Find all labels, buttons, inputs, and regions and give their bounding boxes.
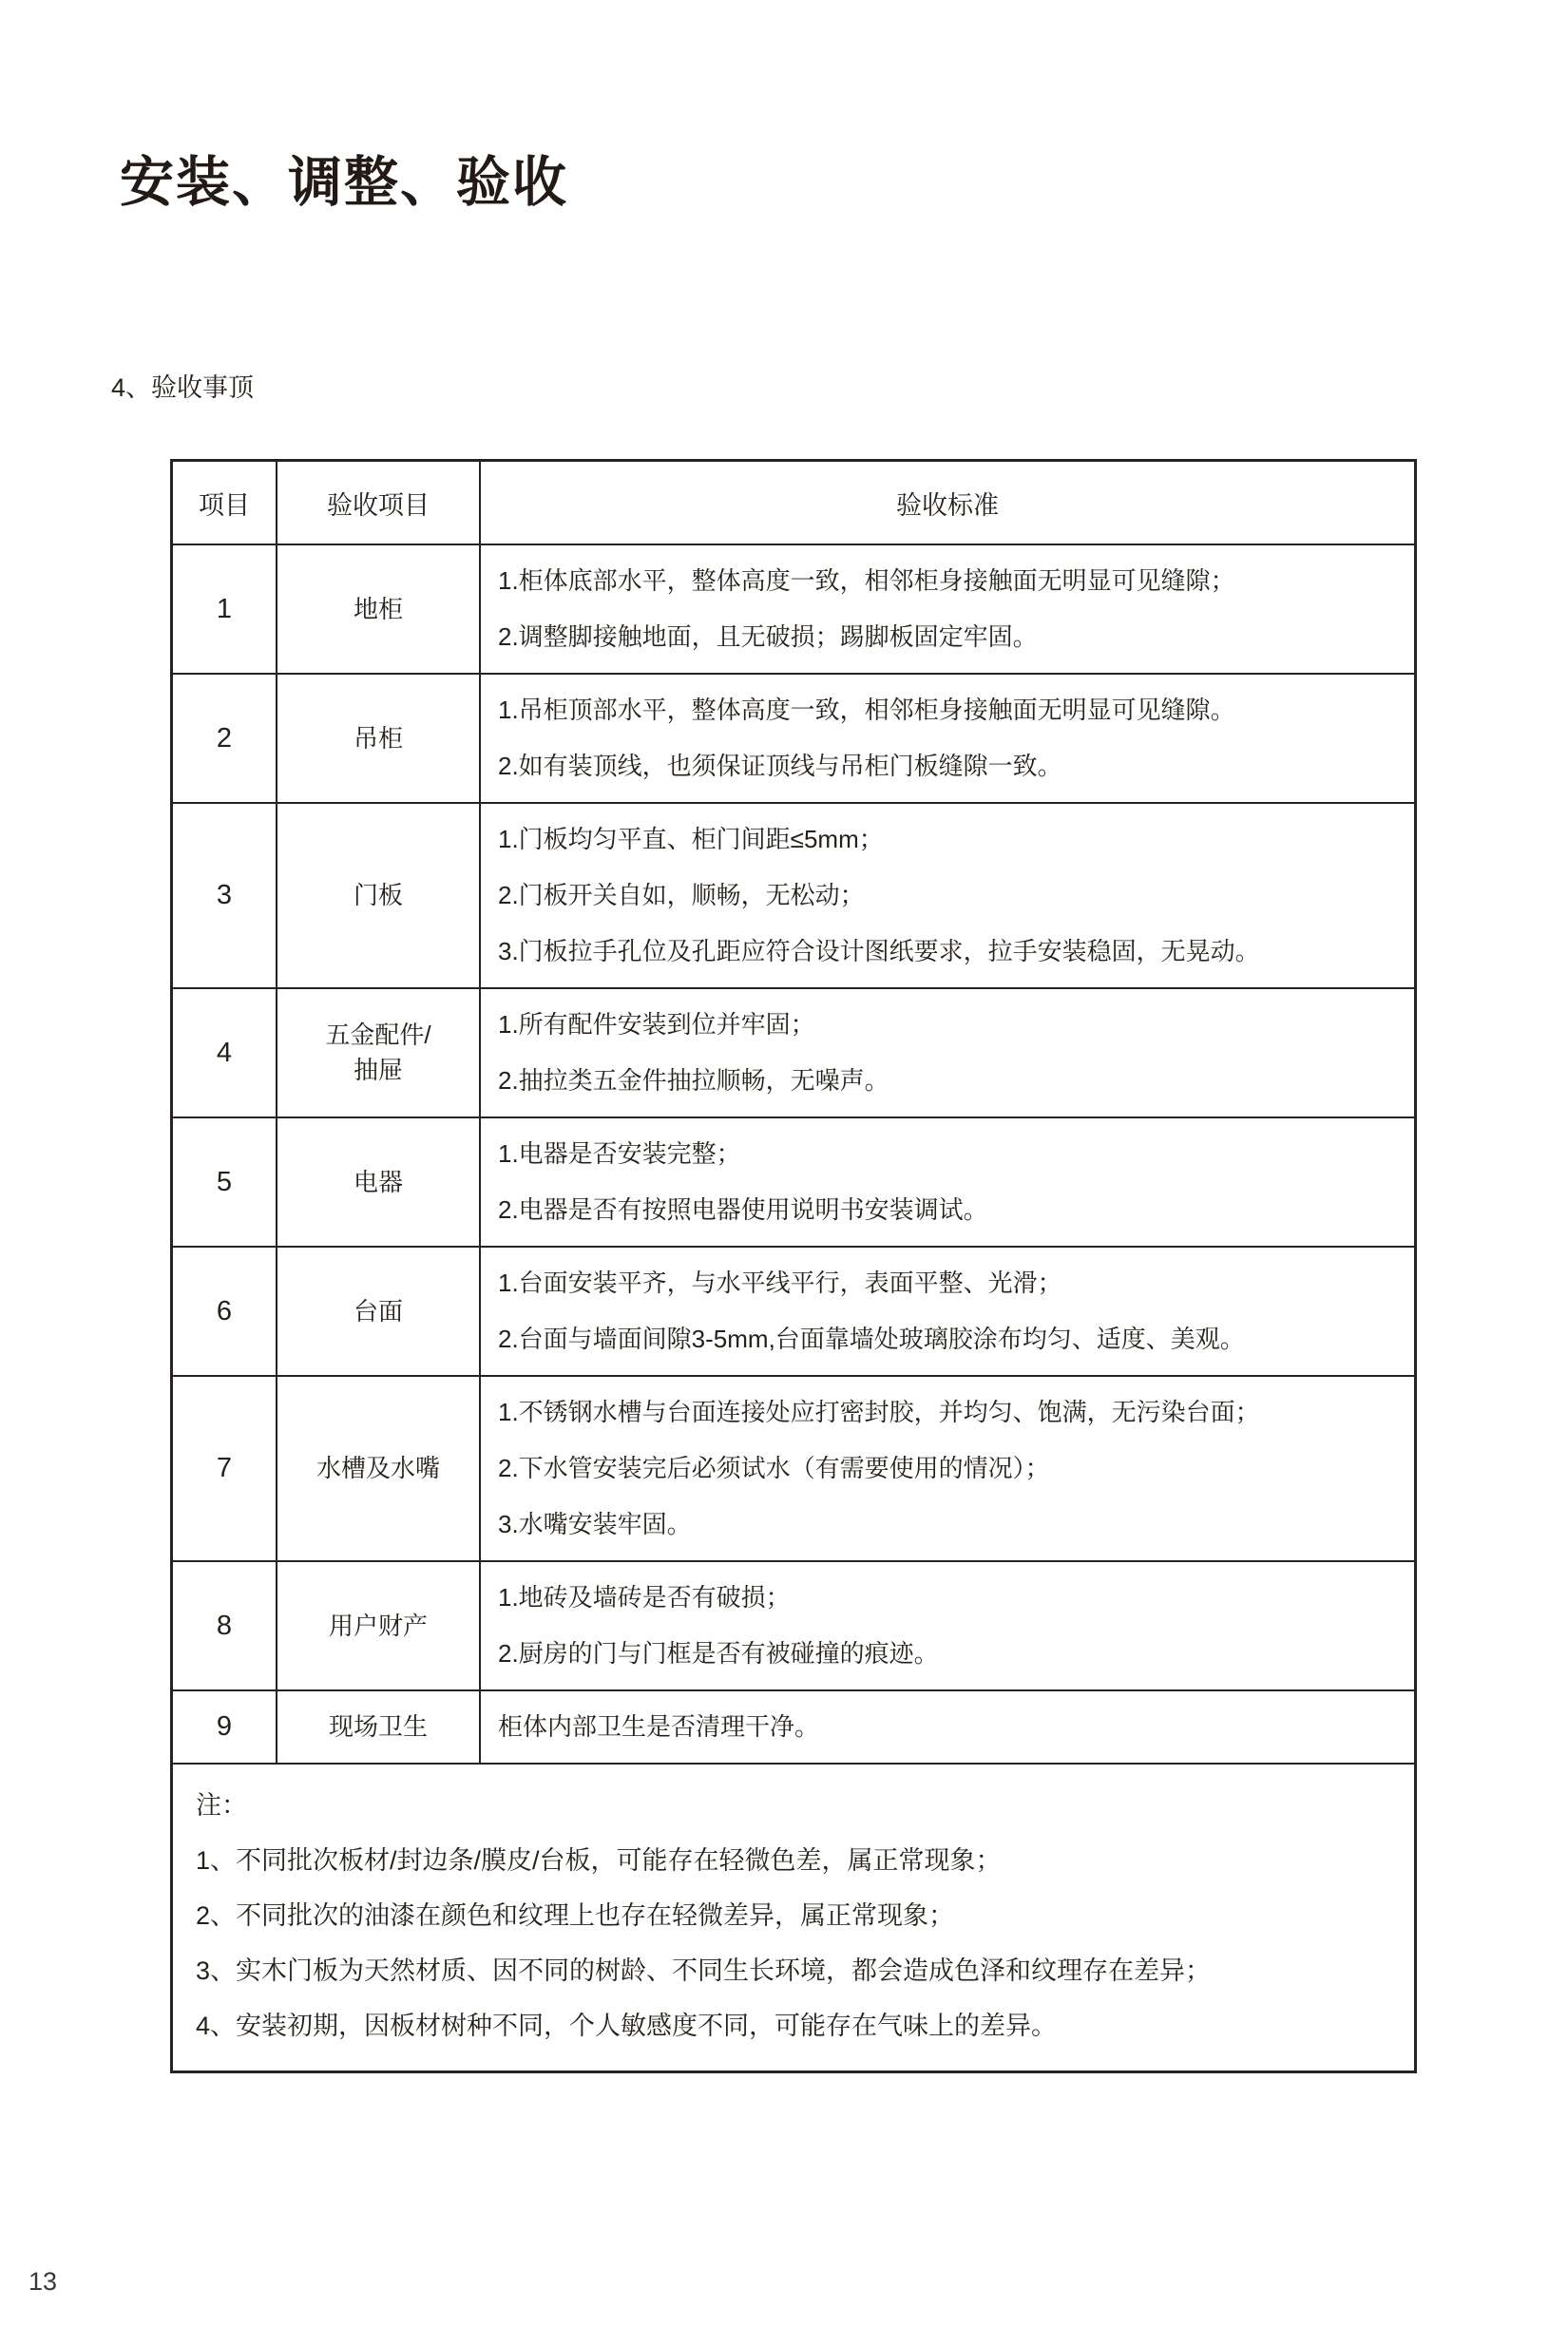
criteria-cell: 柜体内部卫生是否清理干净。 <box>479 1691 1414 1763</box>
criteria-cell: 1.所有配件安装到位并牢固；2.抽拉类五金件抽拉顺畅，无噪声。 <box>479 989 1414 1116</box>
table-row: 7水槽及水嘴1.不锈钢水槽与台面连接处应打密封胶，并均匀、饱满，无污染台面；2.… <box>173 1375 1414 1560</box>
item-name-cell: 用户财产 <box>276 1562 479 1689</box>
row-number-cell: 1 <box>173 545 276 673</box>
criteria-line: 2.调整脚接触地面，且无破损；踢脚板固定牢固。 <box>498 609 1038 665</box>
criteria-line: 2.下水管安装完后必须试水（有需要使用的情况）； <box>498 1441 1050 1497</box>
criteria-line: 1.电器是否安装完整； <box>498 1126 741 1182</box>
document-page: 安装、调整、验收 4、验收事顶 项目 验收项目 验收标准 1地柜1.柜体底部水平… <box>0 0 1568 2328</box>
row-number-cell: 6 <box>173 1248 276 1375</box>
table-row: 4五金配件/抽屉1.所有配件安装到位并牢固；2.抽拉类五金件抽拉顺畅，无噪声。 <box>173 987 1414 1116</box>
note-line: 4、安装初期，因板材树种不同，个人敏感度不同，可能存在气味上的差异。 <box>196 1998 1395 2053</box>
item-name-line: 吊柜 <box>354 721 403 756</box>
criteria-line: 2.如有装顶线，也须保证顶线与吊柜门板缝隙一致。 <box>498 738 1062 794</box>
criteria-cell: 1.吊柜顶部水平，整体高度一致，相邻柜身接触面无明显可见缝隙。2.如有装顶线，也… <box>479 675 1414 802</box>
item-name-line: 地柜 <box>354 592 403 627</box>
criteria-cell: 1.不锈钢水槽与台面连接处应打密封胶，并均匀、饱满，无污染台面；2.下水管安装完… <box>479 1377 1414 1560</box>
table-row: 1地柜1.柜体底部水平，整体高度一致，相邻柜身接触面无明显可见缝隙；2.调整脚接… <box>173 544 1414 673</box>
criteria-line: 1.所有配件安装到位并牢固； <box>498 997 815 1053</box>
table-row: 5电器1.电器是否安装完整；2.电器是否有按照电器使用说明书安装调试。 <box>173 1116 1414 1246</box>
row-number-cell: 5 <box>173 1118 276 1246</box>
row-number-cell: 4 <box>173 989 276 1116</box>
criteria-line: 2.台面与墙面间隙3-5mm,台面靠墙处玻璃胶涂布均匀、适度、美观。 <box>498 1311 1245 1367</box>
item-name-cell: 现场卫生 <box>276 1691 479 1763</box>
header-cell-acceptance-standard: 验收标准 <box>479 462 1414 544</box>
header-cell-item-no: 项目 <box>173 462 276 544</box>
item-name-line: 五金配件/ <box>325 1018 430 1053</box>
item-name-cell: 地柜 <box>276 545 479 673</box>
row-number-cell: 7 <box>173 1377 276 1560</box>
item-name-cell: 台面 <box>276 1248 479 1375</box>
item-name-line: 门板 <box>354 878 403 913</box>
criteria-line: 1.吊柜顶部水平，整体高度一致，相邻柜身接触面无明显可见缝隙。 <box>498 682 1235 738</box>
criteria-cell: 1.电器是否安装完整；2.电器是否有按照电器使用说明书安装调试。 <box>479 1118 1414 1246</box>
item-name-cell: 水槽及水嘴 <box>276 1377 479 1560</box>
row-number-cell: 3 <box>173 804 276 987</box>
acceptance-table: 项目 验收项目 验收标准 1地柜1.柜体底部水平，整体高度一致，相邻柜身接触面无… <box>170 459 1417 2073</box>
criteria-line: 1.地砖及墙砖是否有破损； <box>498 1570 791 1626</box>
criteria-cell: 1.门板均匀平直、柜门间距≤5mm；2.门板开关自如，顺畅，无松动；3.门板拉手… <box>479 804 1414 987</box>
criteria-line: 2.电器是否有按照电器使用说明书安装调试。 <box>498 1182 988 1238</box>
table-body: 1地柜1.柜体底部水平，整体高度一致，相邻柜身接触面无明显可见缝隙；2.调整脚接… <box>173 544 1414 1763</box>
criteria-cell: 1.地砖及墙砖是否有破损；2.厨房的门与门框是否有被碰撞的痕迹。 <box>479 1562 1414 1689</box>
notes-section: 注： 1、不同批次板材/封边条/膜皮/台板，可能存在轻微色差，属正常现象； 2、… <box>173 1763 1414 2070</box>
criteria-line: 2.抽拉类五金件抽拉顺畅，无噪声。 <box>498 1053 889 1109</box>
row-number-cell: 8 <box>173 1562 276 1689</box>
note-line: 1、不同批次板材/封边条/膜皮/台板，可能存在轻微色差，属正常现象； <box>196 1833 1395 1888</box>
table-row: 8用户财产1.地砖及墙砖是否有破损；2.厨房的门与门框是否有被碰撞的痕迹。 <box>173 1560 1414 1689</box>
table-header-row: 项目 验收项目 验收标准 <box>173 462 1414 544</box>
criteria-line: 1.台面安装平齐，与水平线平行，表面平整、光滑； <box>498 1255 1062 1311</box>
item-name-line: 用户财产 <box>329 1609 428 1644</box>
criteria-line: 2.厨房的门与门框是否有被碰撞的痕迹。 <box>498 1626 939 1682</box>
criteria-line: 1.柜体底部水平，整体高度一致，相邻柜身接触面无明显可见缝隙； <box>498 553 1235 609</box>
header-cell-acceptance-item: 验收项目 <box>276 462 479 544</box>
table-row: 2吊柜1.吊柜顶部水平，整体高度一致，相邻柜身接触面无明显可见缝隙。2.如有装顶… <box>173 673 1414 802</box>
note-line: 3、实木门板为天然材质、因不同的树龄、不同生长环境，都会造成色泽和纹理存在差异； <box>196 1943 1395 1998</box>
row-number-cell: 2 <box>173 675 276 802</box>
table-row: 9现场卫生柜体内部卫生是否清理干净。 <box>173 1689 1414 1763</box>
criteria-line: 柜体内部卫生是否清理干净。 <box>498 1699 819 1755</box>
note-line: 2、不同批次的油漆在颜色和纹理上也存在轻微差异，属正常现象； <box>196 1888 1395 1943</box>
item-name-cell: 门板 <box>276 804 479 987</box>
criteria-line: 3.门板拉手孔位及孔距应符合设计图纸要求，拉手安装稳固，无晃动。 <box>498 924 1260 980</box>
section-heading: 4、验收事顶 <box>111 367 254 404</box>
criteria-line: 1.不锈钢水槽与台面连接处应打密封胶，并均匀、饱满，无污染台面； <box>498 1384 1260 1441</box>
criteria-line: 1.门板均匀平直、柜门间距≤5mm； <box>498 811 884 868</box>
criteria-line: 2.门板开关自如，顺畅，无松动； <box>498 868 865 924</box>
item-name-line: 抽屉 <box>354 1053 403 1088</box>
row-number-cell: 9 <box>173 1691 276 1763</box>
item-name-line: 电器 <box>354 1165 403 1200</box>
item-name-line: 现场卫生 <box>329 1709 428 1745</box>
criteria-cell: 1.柜体底部水平，整体高度一致，相邻柜身接触面无明显可见缝隙；2.调整脚接触地面… <box>479 545 1414 673</box>
page-number: 13 <box>29 2267 57 2297</box>
table-row: 3门板1.门板均匀平直、柜门间距≤5mm；2.门板开关自如，顺畅，无松动；3.门… <box>173 802 1414 987</box>
page-title: 安装、调整、验收 <box>120 139 568 217</box>
item-name-line: 水槽及水嘴 <box>316 1451 440 1486</box>
criteria-cell: 1.台面安装平齐，与水平线平行，表面平整、光滑；2.台面与墙面间隙3-5mm,台… <box>479 1248 1414 1375</box>
item-name-cell: 五金配件/抽屉 <box>276 989 479 1116</box>
item-name-line: 台面 <box>354 1294 403 1329</box>
table-row: 6台面1.台面安装平齐，与水平线平行，表面平整、光滑；2.台面与墙面间隙3-5m… <box>173 1246 1414 1375</box>
item-name-cell: 电器 <box>276 1118 479 1246</box>
item-name-cell: 吊柜 <box>276 675 479 802</box>
criteria-line: 3.水嘴安装牢固。 <box>498 1497 692 1553</box>
note-label: 注： <box>196 1778 1395 1833</box>
